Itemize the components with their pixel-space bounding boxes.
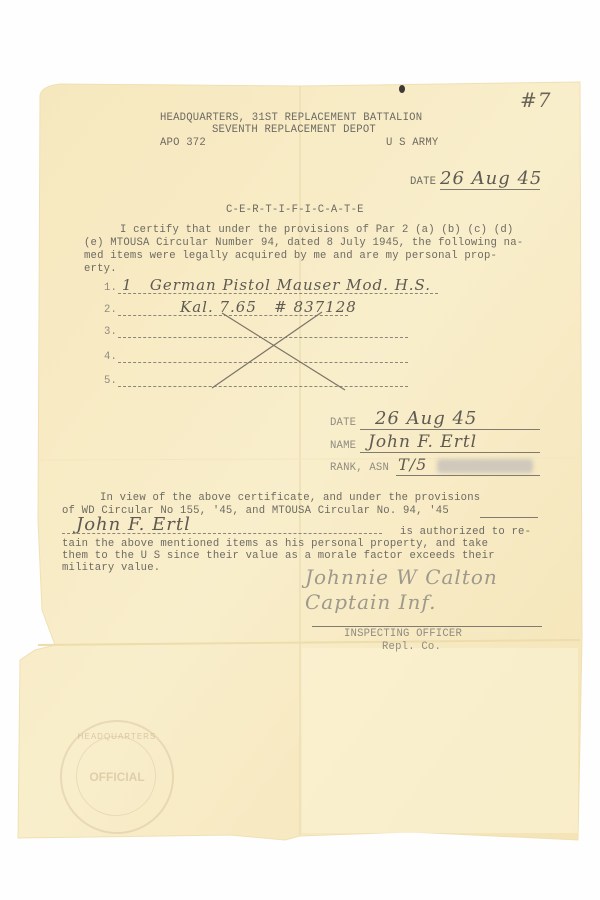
header-apo: APO 372 — [160, 137, 206, 149]
officer-unit: Repl. Co. — [382, 641, 441, 653]
officer-signature-rank: Captain Inf. — [305, 590, 436, 614]
header-army: U S ARMY — [386, 137, 438, 149]
owner-name-underline — [360, 452, 540, 453]
item-number: 2. — [104, 304, 117, 316]
owner-rank-underline — [396, 475, 540, 476]
date-underline — [440, 189, 540, 190]
redacted-asn — [437, 459, 533, 473]
item-value: Kal. 7.65 # 837128 — [180, 298, 357, 316]
item-number: 3. — [104, 326, 117, 338]
header-line-2: SEVENTH REPLACEMENT DEPOT — [212, 124, 376, 136]
embossed-seal: HEADQUARTERS OFFICIAL — [60, 720, 174, 834]
seal-text: HEADQUARTERS — [62, 732, 172, 741]
item-number: 5. — [104, 375, 117, 387]
item-underline — [118, 362, 408, 363]
certify-line-3: med items were legally acquired by me an… — [84, 250, 497, 262]
certify-line-4: erty. — [84, 263, 117, 275]
officer-signature: Johnnie W Calton — [305, 565, 498, 589]
seal-center-text: OFFICIAL — [62, 770, 172, 784]
date-value: 26 Aug 45 — [440, 168, 542, 189]
authorization-tail: is authorized to re- — [400, 526, 531, 538]
authorization-cont-1: tain the above mentioned items as his pe… — [62, 538, 488, 550]
owner-date-label: DATE — [330, 417, 356, 429]
authorization-line-1: In view of the above certificate, and un… — [100, 492, 480, 504]
date-label: DATE — [410, 176, 436, 188]
item-underline — [118, 315, 348, 316]
owner-rank-label: RANK, ASN — [330, 462, 389, 474]
item-underline — [118, 386, 408, 387]
officer-title: INSPECTING OFFICER — [344, 628, 462, 640]
header-line-1: HEADQUARTERS, 31ST REPLACEMENT BATTALION — [160, 112, 422, 124]
item-value: 1 German Pistol Mauser Mod. H.S. — [122, 276, 431, 294]
owner-date-value: 26 Aug 45 — [375, 408, 477, 429]
item-number: 1. — [104, 282, 117, 294]
owner-name-value: John F. Ertl — [368, 432, 477, 452]
item-number: 4. — [104, 351, 117, 363]
item-underline — [118, 337, 408, 338]
item-underline — [118, 293, 438, 294]
owner-date-underline — [360, 429, 540, 430]
authorization-cont-2: them to the U S since their value as a m… — [62, 550, 495, 562]
certificate-title: C-E-R-T-I-F-I-C-A-T-E — [226, 204, 364, 216]
authorization-underline — [480, 517, 538, 518]
authorized-name-underline — [62, 533, 382, 534]
officer-signature-line — [312, 626, 542, 627]
authorization-cont-3: military value. — [62, 562, 160, 574]
owner-name-label: NAME — [330, 440, 356, 452]
owner-rank-value: T/5 — [398, 455, 427, 474]
certificate-document: #7 HEADQUARTERS, 31ST REPLACEMENT BATTAL… — [0, 0, 600, 900]
authorized-name: John F. Ertl — [76, 514, 191, 535]
certify-line-2: (e) MTOUSA Circular Number 94, dated 8 J… — [84, 237, 523, 249]
certify-line-1: I certify that under the provisions of P… — [120, 224, 513, 236]
page-number-tag: #7 — [520, 88, 551, 112]
